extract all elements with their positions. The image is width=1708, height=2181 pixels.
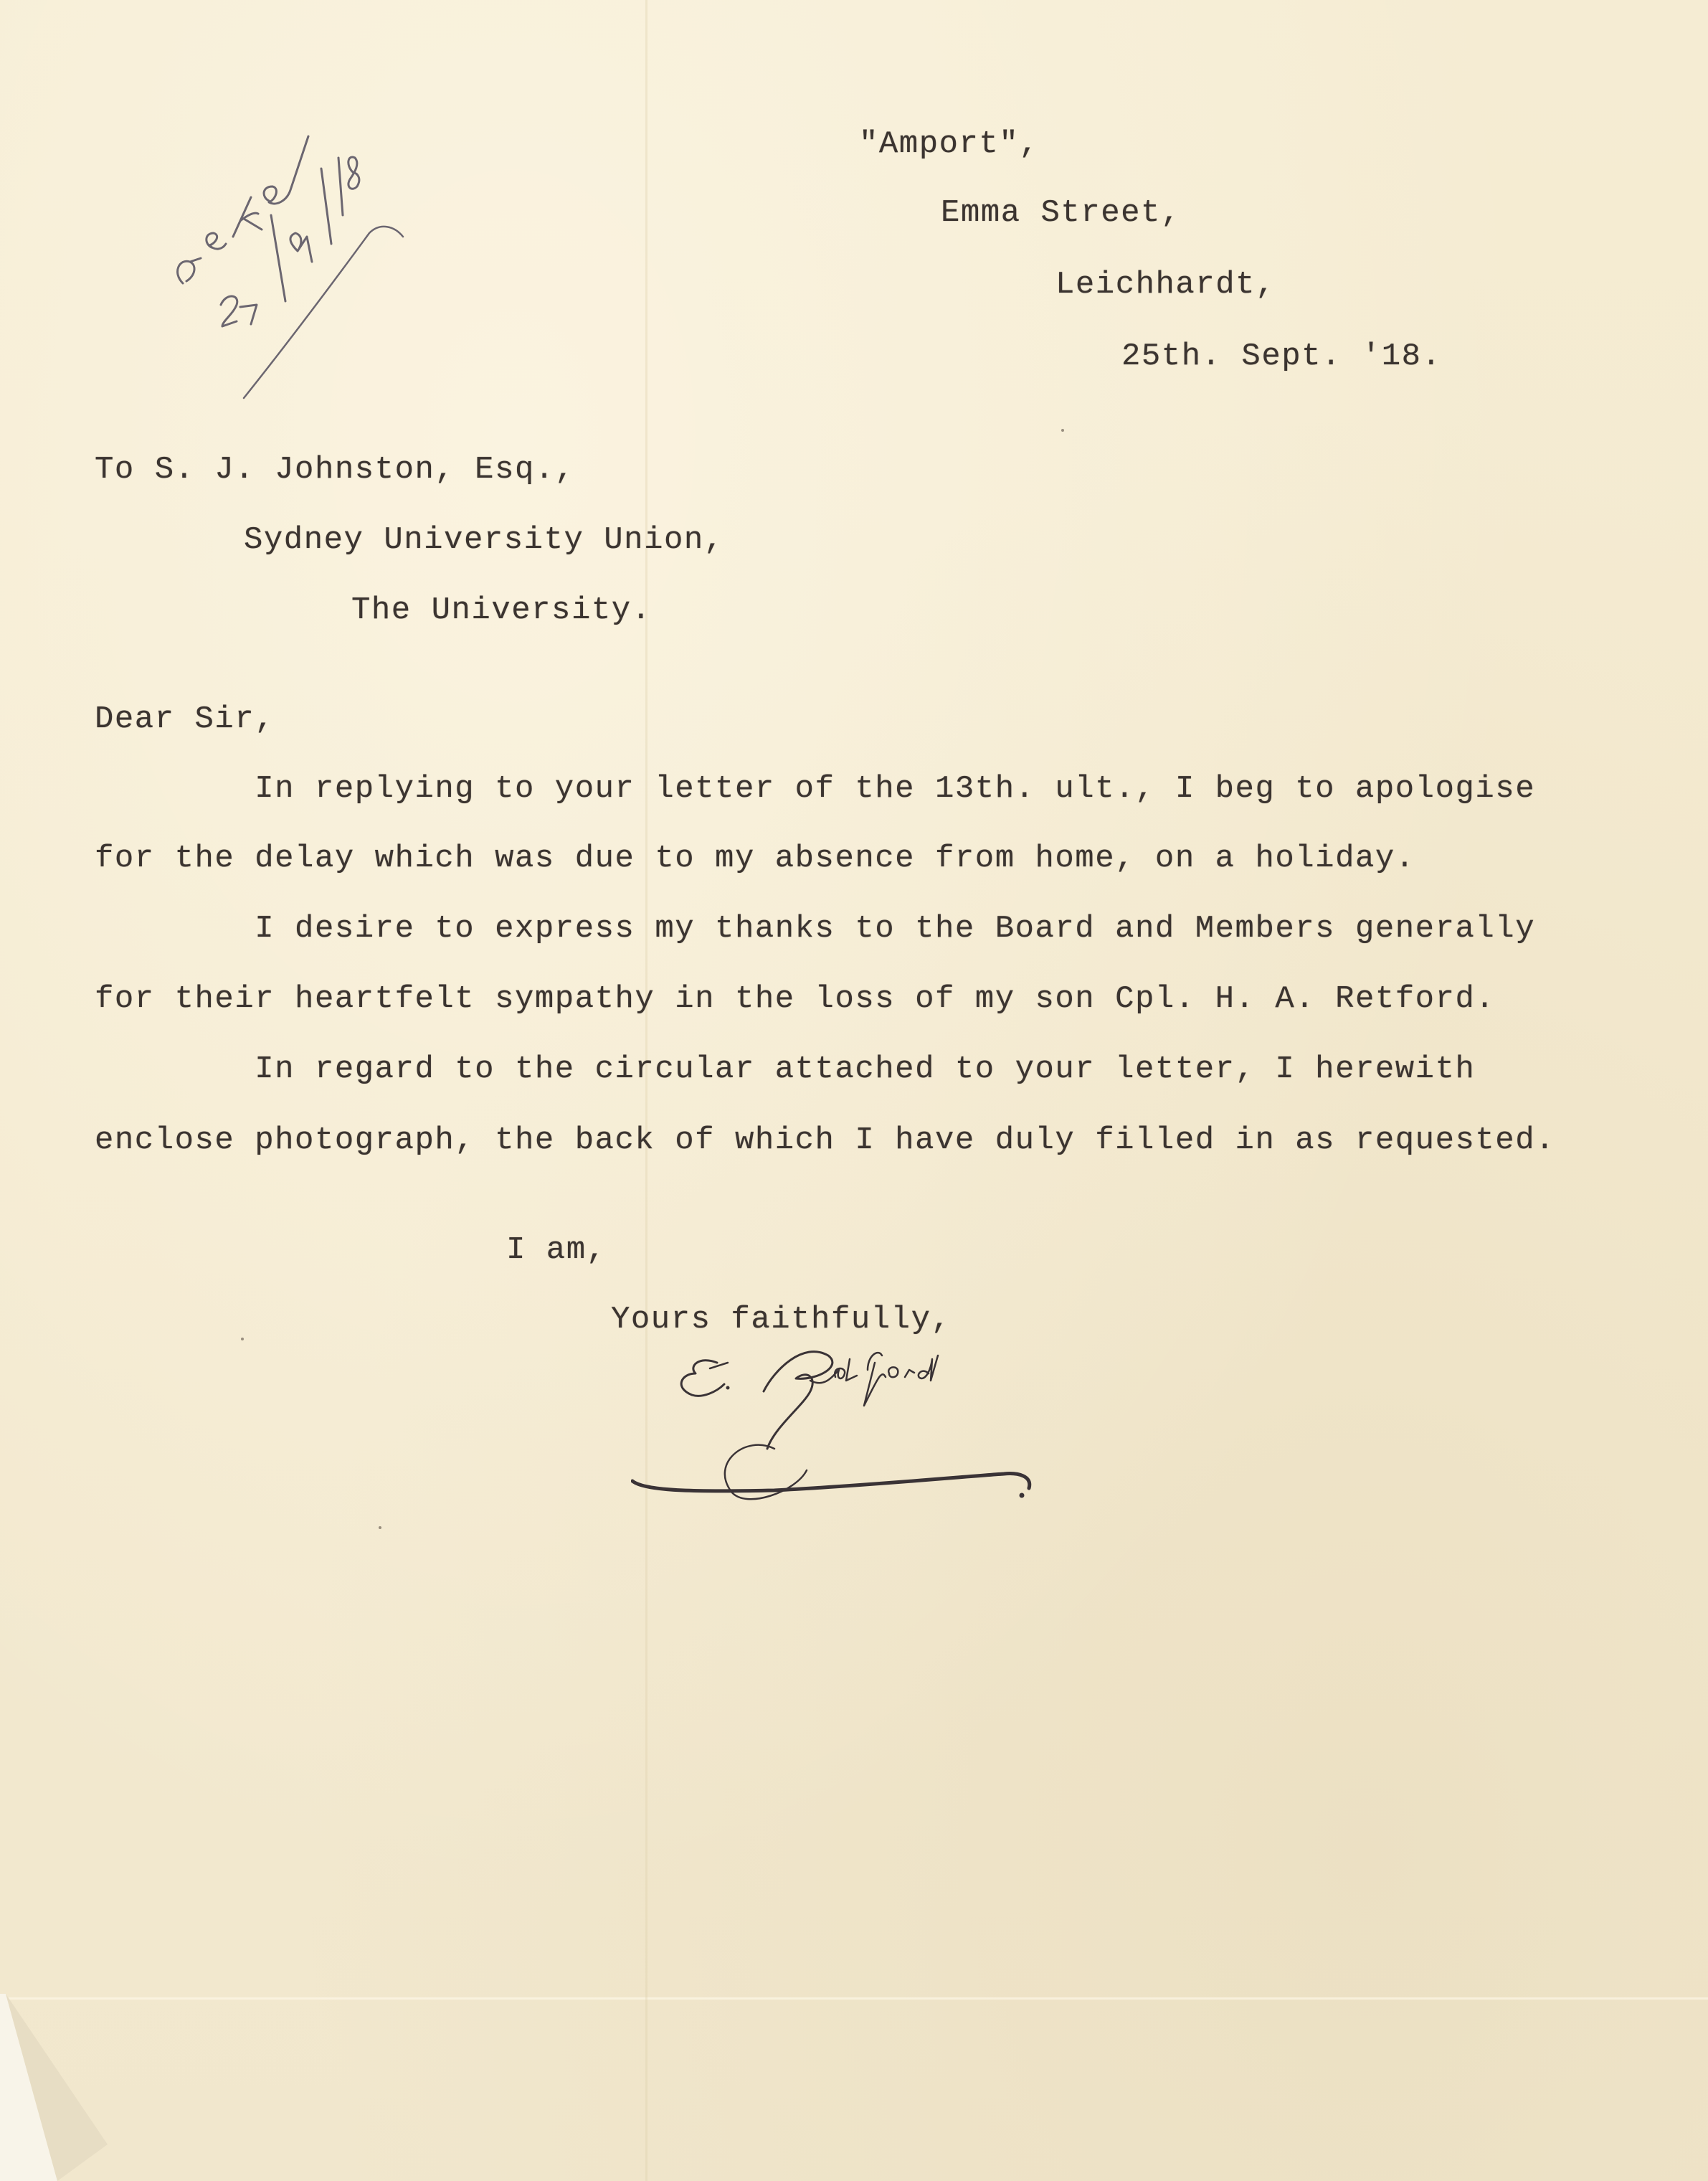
handwritten-acknowledgement: [143, 129, 430, 430]
sender-house-name: "Amport",: [859, 126, 1039, 162]
paper-fold-crease: [0, 1997, 1708, 2000]
closing-line: I am,: [506, 1232, 607, 1268]
signature-icon: [631, 1348, 1248, 1535]
paper-speck: [241, 1338, 244, 1340]
recipient-institution: The University.: [351, 592, 652, 628]
recipient-name: To S. J. Johnston, Esq.,: [95, 452, 575, 488]
body-line: I desire to express my thanks to the Boa…: [95, 911, 1535, 947]
body-line: enclose photograph, the back of which I …: [95, 1122, 1555, 1158]
paper-speck: [379, 1526, 381, 1529]
body-line: for the delay which was due to my absenc…: [95, 841, 1415, 876]
paper-fold-crease: [645, 0, 647, 2181]
body-line: In regard to the circular attached to yo…: [95, 1051, 1475, 1087]
body-line: In replying to your letter of the 13th. …: [95, 771, 1535, 807]
letter-date: 25th. Sept. '18.: [1121, 339, 1441, 374]
salutation: Dear Sir,: [95, 701, 275, 737]
sender-suburb: Leichhardt,: [1055, 267, 1276, 303]
recipient-organisation: Sydney University Union,: [244, 522, 724, 558]
closing-valediction: Yours faithfully,: [611, 1302, 951, 1338]
folded-corner-icon: [0, 1994, 115, 2181]
sender-street: Emma Street,: [941, 195, 1181, 231]
body-line: for their heartfelt sympathy in the loss…: [95, 981, 1495, 1017]
paper-speck: [1061, 429, 1064, 432]
